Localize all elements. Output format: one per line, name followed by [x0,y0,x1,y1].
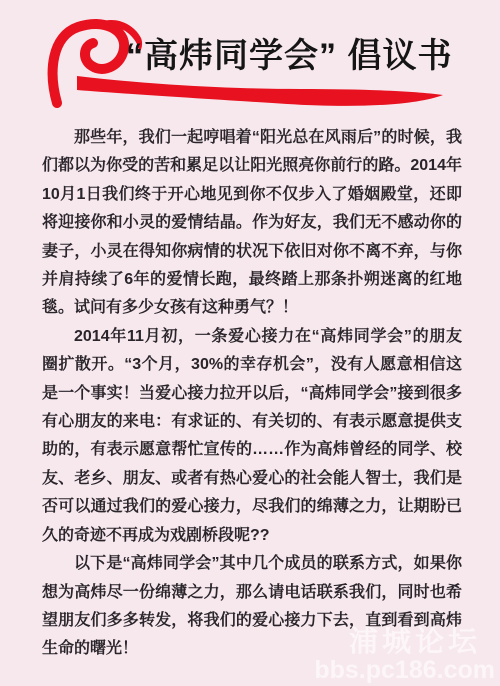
ribbon-loop-shape [53,24,124,103]
paragraph-1: 那些年，我们一起哼唱着“阳光总在风雨后”的时候，我们都以为你受的苦和累足以让阳光… [42,124,462,323]
paragraph-3: 以下是“高炜同学会”其中几个成员的联系方式，如果你想为高炜尽一份绵薄之力，那么请… [42,550,462,664]
proposal-document-page: “高炜同学会” 倡议书 那些年，我们一起哼唱着“阳光总在风雨后”的时候，我们都以… [0,0,500,686]
ribbon-swoosh-shape [77,76,443,106]
document-body: 那些年，我们一起哼唱着“阳光总在风雨后”的时候，我们都以为你受的苦和累足以让阳光… [0,124,500,664]
document-header: “高炜同学会” 倡议书 [0,0,500,124]
document-title: “高炜同学会” 倡议书 [126,34,452,78]
paragraph-2: 2014年11月初，一条爱心接力在“高炜同学会”的朋友圈扩散开。“3个月，30%… [42,323,462,550]
